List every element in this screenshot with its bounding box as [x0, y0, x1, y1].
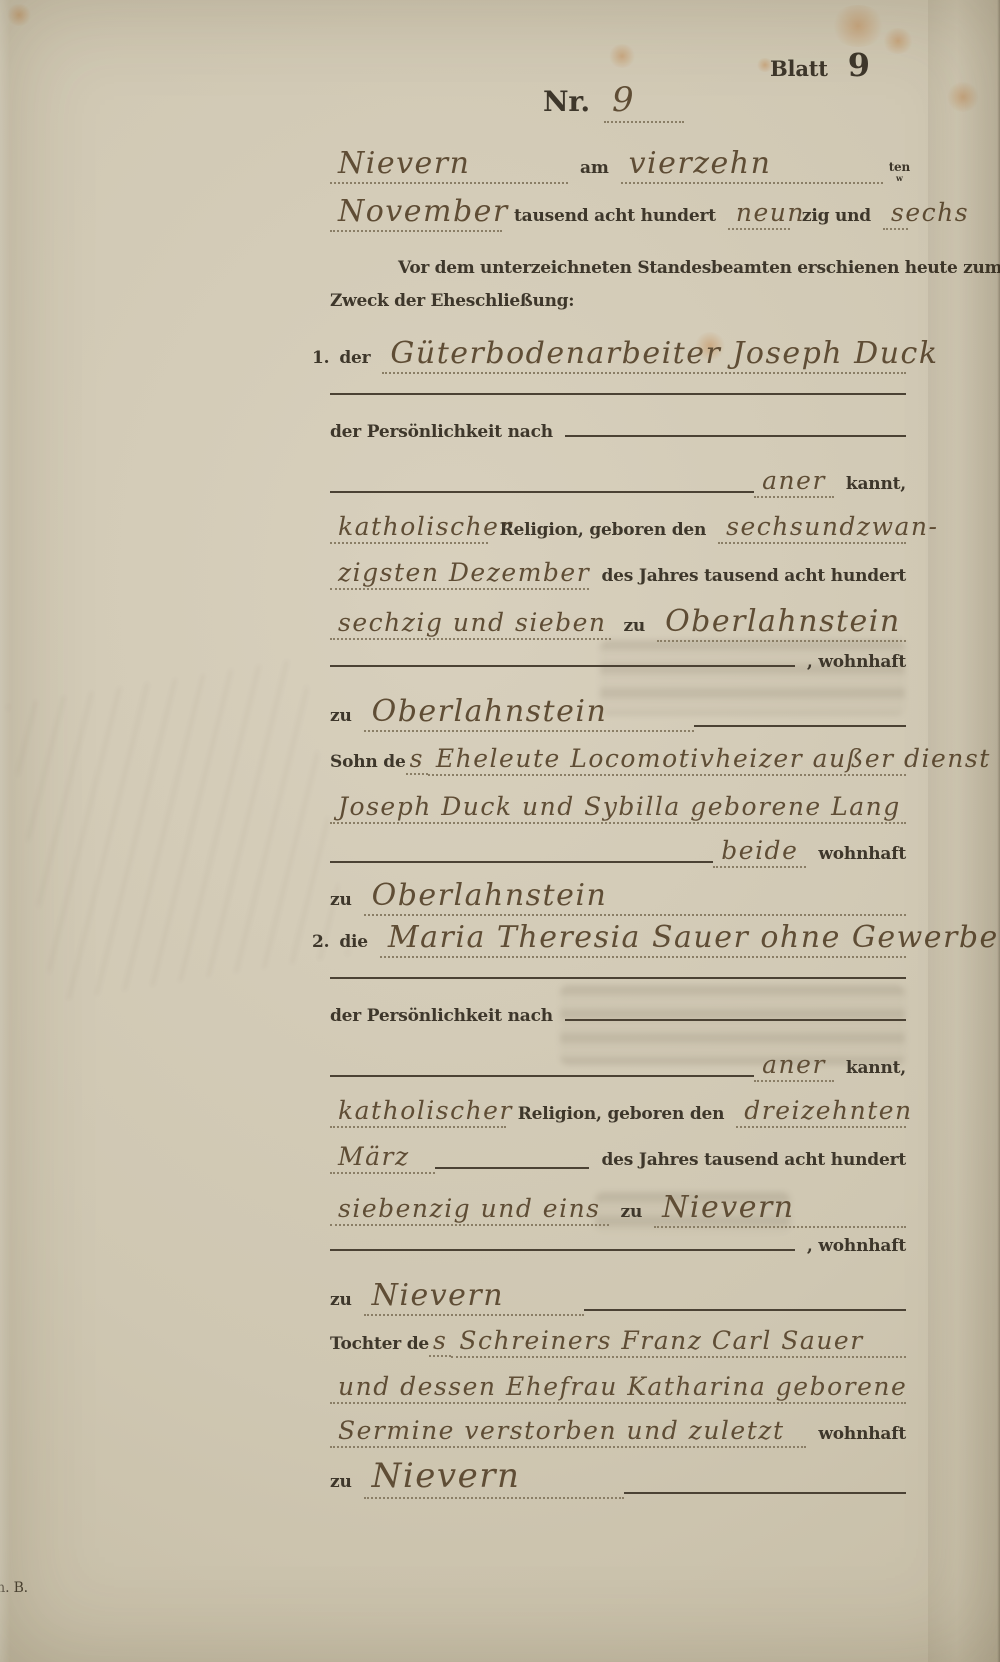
birth-month-rule — [435, 1167, 589, 1169]
beide-rule — [330, 861, 713, 863]
record-number-value: 9 — [604, 80, 684, 123]
zu-label: zu — [621, 1202, 643, 1222]
bride-wohnhaft-row: , wohnhaft — [330, 1236, 906, 1256]
groom-residence-row: zu Oberlahnstein — [330, 694, 906, 732]
religion-field: katholischer — [330, 512, 488, 544]
groom-parent-row: Sohn de s Eheleute Locomotivheizer außer… — [330, 744, 906, 776]
birth-year-label: des Jahres tausend acht hundert — [601, 566, 906, 586]
birth-year-field: sechzig und sieben — [330, 608, 611, 640]
groom-article: der — [339, 348, 370, 368]
birth-year-label: des Jahres tausend acht hundert — [601, 1150, 906, 1170]
dateline-place-row: Nievern am vierzehn ten w — [330, 146, 910, 184]
residence-field: Oberlahnstein — [364, 694, 694, 732]
century-label: tausend acht hundert — [514, 206, 716, 226]
parents-residence-field: Oberlahnstein — [364, 878, 906, 916]
record-number-row: Nr. 9 — [543, 80, 684, 123]
bride-religion-row: katholischer Religion, geboren den dreiz… — [330, 1096, 906, 1128]
paper-vignette — [0, 0, 1000, 1662]
tens-suffix-label: zig und — [802, 206, 871, 226]
beide-field: beide — [713, 836, 806, 868]
day-field: vierzehn — [621, 146, 883, 184]
bride-residence-row: zu Nievern — [330, 1278, 906, 1316]
groom-parents-names-row: Joseph Duck und Sybilla geborene Lang — [330, 792, 906, 824]
bride-person-row: 2. die Maria Theresia Sauer ohne Gewerbe — [312, 920, 906, 958]
dateline-year-row: November tausend acht hundert neun zig u… — [330, 194, 908, 232]
paper-left-edge — [0, 0, 10, 1662]
blank-rule — [330, 393, 906, 395]
sheet-header: Blatt 9 — [770, 46, 870, 84]
paper-fold — [928, 0, 1000, 1662]
birth-year-field: siebenzig und eins — [330, 1194, 609, 1226]
zu-label: zu — [330, 706, 352, 726]
ink-bleed-through-margin — [6, 658, 349, 1001]
birth-month-field: zigsten Dezember — [330, 558, 589, 590]
groom-birth-month-row: zigsten Dezember des Jahres tausend acht… — [330, 558, 906, 590]
zu-label: zu — [623, 616, 645, 636]
month-field: November — [330, 194, 502, 232]
religion-label: Religion, geboren den — [500, 520, 707, 540]
foxing-stain — [882, 28, 914, 54]
daughter-label: Tochter de — [330, 1334, 429, 1354]
residence-field: Nievern — [364, 1278, 584, 1316]
mother-name-field: und dessen Ehefrau Katharina geborene — [330, 1372, 906, 1404]
residence-rule — [584, 1309, 906, 1311]
identity-rule — [565, 1019, 906, 1021]
place-field: Nievern — [330, 146, 568, 184]
recognized-field: aner — [754, 1050, 834, 1082]
bride-parents-residence-row: zu Nievern — [330, 1456, 906, 1499]
son-s-field: s — [406, 744, 428, 775]
recognized-label: kannt, — [846, 1058, 906, 1078]
foxing-stain — [608, 44, 636, 68]
zu-label: zu — [330, 890, 352, 910]
wohnhaft-label: , wohnhaft — [807, 1236, 906, 1256]
groom-identity-row: der Persönlichkeit nach — [330, 422, 906, 442]
residence-rule — [694, 725, 906, 727]
groom-wohnhaft-row: , wohnhaft — [330, 652, 906, 672]
record-number-label: Nr. — [543, 85, 590, 118]
blank-rule — [330, 977, 906, 979]
bride-article: die — [339, 932, 368, 952]
bride-mother-row: und dessen Ehefrau Katharina geborene — [330, 1372, 906, 1404]
recognized-field: aner — [754, 466, 834, 498]
bride-birth-month-row: März des Jahres tausend acht hundert — [330, 1142, 906, 1174]
am-label: am — [580, 158, 609, 178]
foxing-stain — [830, 5, 886, 47]
parents-names-field: Joseph Duck und Sybilla geborene Lang — [330, 792, 906, 824]
blank-line — [330, 388, 906, 400]
margin-note: m. B. — [0, 1580, 28, 1596]
foxing-stain — [6, 4, 32, 26]
groom-person-row: 1. der Güterbodenarbeiter Joseph Duck — [312, 336, 906, 374]
son-label: Sohn de — [330, 752, 406, 772]
wohnhaft-label: wohnhaft — [818, 844, 906, 864]
day-suffix: ten w — [889, 161, 910, 182]
bride-recognized-row: aner kannt, — [330, 1050, 906, 1082]
foxing-stain — [946, 82, 980, 112]
wohnhaft-rule — [330, 1249, 795, 1251]
birth-place-field: Nievern — [654, 1190, 906, 1228]
groom-name-field: Güterbodenarbeiter Joseph Duck — [382, 336, 906, 374]
recognized-label: kannt, — [846, 474, 906, 494]
parents-residence-field: Nievern — [364, 1456, 624, 1499]
father-name-field: Schreiners Franz Carl Sauer — [451, 1326, 906, 1358]
parents-status-field: Sermine verstorben und zuletzt — [330, 1416, 806, 1448]
bride-name-field: Maria Theresia Sauer ohne Gewerbe — [380, 920, 906, 958]
sheet-label: Blatt — [770, 56, 828, 81]
birth-place-field: Oberlahnstein — [657, 604, 906, 642]
bride-parent-row: Tochter de s Schreiners Franz Carl Sauer — [330, 1326, 906, 1358]
groom-parents-residence-row: zu Oberlahnstein — [330, 878, 906, 916]
identity-rule — [565, 435, 906, 437]
intro-line-1: Vor dem unterzeichneten Standesbeamten e… — [398, 258, 1000, 278]
bride-parents-status-row: Sermine verstorben und zuletzt wohnhaft — [330, 1416, 906, 1448]
registry-document-page: Blatt 9 Nr. 9 Nievern am vierzehn ten w … — [0, 0, 1000, 1662]
daughter-s-field: s — [429, 1326, 451, 1357]
zu-label: zu — [330, 1472, 352, 1492]
blank-line — [330, 972, 906, 984]
groom-recognized-row: aner kannt, — [330, 466, 906, 498]
wohnhaft-rule — [330, 665, 795, 667]
year-tens-field: neun — [728, 198, 790, 230]
bride-index: 2. — [312, 932, 329, 952]
religion-label: Religion, geboren den — [518, 1104, 725, 1124]
identity-label: der Persönlichkeit nach — [330, 1006, 553, 1026]
birth-month-field: März — [330, 1142, 435, 1174]
groom-religion-row: katholischer Religion, geboren den sechs… — [330, 512, 906, 544]
parents-residence-rule — [624, 1492, 906, 1494]
groom-birth-year-row: sechzig und sieben zu Oberlahnstein — [330, 604, 906, 642]
wohnhaft-label: , wohnhaft — [807, 652, 906, 672]
margin-note-row: m. B. — [0, 1580, 28, 1596]
identity-label: der Persönlichkeit nach — [330, 422, 553, 442]
year-ones-field: sechs — [883, 198, 908, 230]
recognized-rule — [330, 491, 754, 493]
sheet-number: 9 — [848, 46, 870, 84]
religion-field: katholischer — [330, 1096, 506, 1128]
zu-label: zu — [330, 1290, 352, 1310]
recognized-rule — [330, 1075, 754, 1077]
bride-birth-year-row: siebenzig und eins zu Nievern — [330, 1190, 906, 1228]
groom-beide-row: beide wohnhaft — [330, 836, 906, 868]
birth-day-field: dreizehnten — [736, 1096, 906, 1128]
wohnhaft-label: wohnhaft — [818, 1424, 906, 1444]
father-occupation-field: Eheleute Locomotivheizer außer dienst — [428, 744, 906, 776]
groom-index: 1. — [312, 348, 329, 368]
birth-day-field: sechsundzwan- — [718, 512, 906, 544]
bride-identity-row: der Persönlichkeit nach — [330, 1006, 906, 1026]
intro-line-2: Zweck der Eheschließung: — [330, 291, 574, 311]
